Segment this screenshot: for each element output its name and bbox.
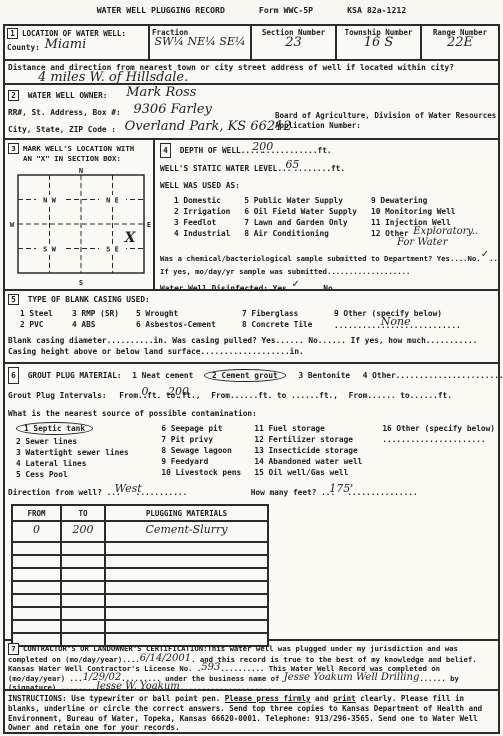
use-option: 8 Air Conditioning: [244, 228, 357, 239]
empty-cell: [61, 594, 105, 607]
casing-option: 8 Concrete Tile: [242, 319, 334, 330]
casing-options: 1 Steel 2 PVC 3 RMP (SR) 4 ABS 5 Wrought…: [20, 308, 495, 331]
grout-title: GROUT PLUG MATERIAL:: [28, 371, 122, 380]
plugging-materials-table: FROM TO PLUGGING MATERIALS 0 200 Cement-…: [11, 504, 269, 647]
contam-option: 2 Sewer lines: [16, 436, 161, 447]
direction-dots: ...........: [136, 488, 188, 497]
disinfected-dots: .... No......: [300, 284, 361, 291]
contam-option: 15 Oil well/Gas well: [254, 467, 382, 478]
contam-option: 8 Sewage lagoon: [161, 445, 254, 456]
fraction-value: SW¼ NE¼ SE¼: [154, 35, 245, 48]
empty-cell: [105, 568, 268, 581]
table-row: [12, 581, 268, 594]
form-body: 1LOCATION OF WATER WELL: County: Miami F…: [3, 24, 500, 734]
section3-title-line1: MARK WELL'S LOCATION WITH: [23, 144, 134, 153]
contam-option: 11 Fuel storage: [254, 423, 382, 434]
form-number: Form WWC-5P: [259, 5, 313, 15]
contam-col1: 1 Septic tank 2 Sewer lines 3 Watertight…: [16, 423, 161, 480]
section-location: 1LOCATION OF WATER WELL: County: Miami F…: [5, 26, 498, 61]
empty-cell: [61, 555, 105, 568]
range-cell: Range Number 22E: [420, 26, 498, 59]
use-option: 5 Public Water Supply: [244, 195, 357, 206]
quadrant-sw-label: S W: [43, 245, 56, 253]
interval2: From......ft. to ......ft.,: [211, 391, 338, 400]
empty-cell: [105, 555, 268, 568]
location-cell: 1LOCATION OF WATER WELL: County: Miami: [5, 26, 148, 59]
depth-line: 4 DEPTH OF WELL.....200............ft.: [160, 143, 498, 158]
interval1-to-value: 200: [168, 385, 189, 398]
disinfected-label: Water Well Disinfected: Yes.: [160, 284, 291, 291]
section3-title: 3MARK WELL'S LOCATION WITH AN "X" IN SEC…: [8, 143, 151, 164]
township-value: 16 S: [364, 35, 394, 50]
interval3: From...... to......ft.: [349, 391, 452, 400]
section-number-box-2: 2: [8, 90, 19, 101]
use-option: 1 Domestic: [174, 195, 230, 206]
section-number-box-7: 7: [8, 643, 19, 655]
table-header-row: FROM TO PLUGGING MATERIALS: [12, 505, 268, 521]
empty-cell: [12, 555, 61, 568]
grout-option-1: 1 Neat cement: [132, 371, 193, 380]
grout-option-3: 3 Bentonite: [298, 371, 350, 380]
contam-col4: 16 Other (specify below) ...............…: [382, 423, 495, 480]
feet-value: 175': [329, 482, 353, 495]
contam-option: 4 Lateral lines: [16, 458, 161, 469]
section-well-details: 4 DEPTH OF WELL.....200............ft. W…: [155, 140, 498, 289]
casing-height-line: Casing height above or below land surfac…: [8, 346, 495, 357]
grout-material-line: 6 GROUT PLUG MATERIAL: 1 Neat cement 2 C…: [8, 367, 495, 384]
compass-s-label: S: [79, 279, 83, 287]
section-certification: 7CONTRACTOR'S OR LANDOWNER'S CERTIFICATI…: [5, 641, 498, 691]
empty-cell: [12, 620, 61, 633]
contam-option: 6 Seepage pit: [161, 423, 254, 434]
section-number-box-5: 5: [8, 294, 19, 305]
sample-no-checkmark: ✓: [481, 249, 489, 260]
table-row: 0 200 Cement-Slurry: [12, 521, 268, 542]
use-option: 4 Industrial: [174, 228, 230, 239]
sample-date-line: If yes, mo/day/yr sample was submitted..…: [160, 265, 498, 278]
section-mark-location: 3MARK WELL'S LOCATION WITH AN "X" IN SEC…: [5, 140, 155, 289]
empty-cell: [61, 581, 105, 594]
casing-option-other: 9 Other (specify below): [334, 308, 495, 319]
casing-option: 2 PVC: [20, 319, 72, 330]
empty-cell: [12, 607, 61, 620]
contam-option: 14 Abandoned water well: [254, 456, 382, 467]
casing-col1: 1 Steel 2 PVC: [20, 308, 72, 331]
instructions-block: INSTRUCTIONS: Use typewriter or ball poi…: [5, 691, 498, 733]
empty-cell: [12, 594, 61, 607]
casing-option: 4 ABS: [72, 319, 136, 330]
section-grid: N S W E N W N E S W S E X: [8, 166, 154, 288]
grout-option-4: 4 Other..........................: [363, 371, 503, 380]
col-header-from: FROM: [12, 505, 61, 521]
depth-value: 200: [252, 140, 273, 153]
board-label: Board of Agriculture, Division of Water …: [275, 111, 496, 120]
contam-col3: 11 Fuel storage 12 Fertilizer storage 13…: [254, 423, 382, 480]
empty-cell: [12, 581, 61, 594]
empty-cell: [105, 581, 268, 594]
section-number-cell: Section Number 23: [250, 26, 335, 59]
other-use-value2: For Water: [397, 237, 447, 248]
cert-text-6: .....................: [180, 683, 272, 691]
contamination-question: What is the nearest source of possible c…: [8, 406, 495, 421]
cert-signature: Jesse W. Yoakum: [96, 681, 180, 691]
disinfected-line: Water Well Disinfected: Yes.✓.... No....…: [160, 282, 498, 291]
casing-col3: 5 Wrought 6 Asbestos-Cement: [136, 308, 242, 331]
col-header-materials: PLUGGING MATERIALS: [105, 505, 268, 521]
static-level-dots: ........ft.: [293, 164, 345, 173]
empty-cell: [61, 607, 105, 620]
empty-cell: [61, 568, 105, 581]
used-as-title: WELL WAS USED AS:: [160, 179, 498, 192]
contam-option: 12 Fertilizer storage: [254, 434, 382, 445]
owner-line: 2 WATER WELL OWNER: Mark Ross: [8, 87, 495, 104]
city-value: Overland Park, KS 66212: [125, 119, 292, 134]
quadrant-ne-label: N E: [106, 196, 119, 204]
casing-other-dots-line: ...........................None: [334, 319, 495, 331]
contam-option: 9 Feedyard: [161, 456, 254, 467]
address-label: RR#, St. Address, Box #:: [8, 108, 121, 117]
casing-col5: 9 Other (specify below) ................…: [334, 308, 495, 331]
casing-col2: 3 RMP (SR) 4 ABS: [72, 308, 136, 331]
form-header: WATER WELL PLUGGING RECORD Form WWC-5P K…: [0, 0, 503, 15]
instructions-text-1: INSTRUCTIONS: Use typewriter or ball poi…: [8, 694, 225, 703]
interval1-from-value: 0: [141, 385, 148, 398]
use-option: 3 Feedlot: [174, 217, 230, 228]
contam-option: 5 Cess Pool: [16, 469, 161, 480]
contam-option-circled: 1 Septic tank: [16, 423, 161, 434]
to-cell: 200: [61, 521, 105, 542]
cert-business-name: Jesse Yoakum Well Drilling: [284, 672, 420, 683]
used-as-col1: 1 Domestic 2 Irrigation 3 Feedlot 4 Indu…: [174, 195, 230, 250]
application-number-label: Application Number:: [275, 121, 361, 130]
section-number-box-4: 4: [160, 143, 171, 158]
direction-value: West: [115, 482, 142, 495]
county-value: Miami: [45, 37, 87, 52]
township-cell: Township Number 16 S: [335, 26, 420, 59]
owner-label: WATER WELL OWNER:: [28, 91, 108, 100]
use-option: 2 Irrigation: [174, 206, 230, 217]
board-block: Board of Agriculture, Division of Water …: [275, 111, 496, 131]
empty-cell: [105, 594, 268, 607]
section-number-value: 23: [285, 35, 302, 50]
empty-cell: [61, 542, 105, 555]
statute-reference: KSA 82a-1212: [347, 5, 406, 15]
distance-row: Distance and direction from nearest town…: [5, 61, 498, 85]
use-option: 9 Dewatering: [371, 195, 478, 206]
casing-title-line: 5 TYPE OF BLANK CASING USED:: [8, 294, 495, 305]
instructions-text-2: and: [311, 694, 334, 703]
owner-name-value: Mark Ross: [126, 85, 196, 100]
compass-e-label: E: [147, 221, 151, 229]
disinfected-yes-checkmark: ✓: [291, 279, 299, 290]
city-label: City, State, ZIP Code :: [8, 125, 116, 134]
empty-cell: [61, 620, 105, 633]
material-cell: Cement-Slurry: [105, 521, 268, 542]
from-value: 0: [33, 523, 40, 536]
casing-title: TYPE OF BLANK CASING USED:: [28, 295, 150, 304]
from-cell: 0: [12, 521, 61, 542]
compass-n-label: N: [79, 167, 83, 175]
casing-other-value: None: [381, 315, 411, 328]
contam-option: 3 Watertight sewer lines: [16, 447, 161, 458]
sample-dots: ...: [489, 254, 498, 263]
empty-cell: [12, 542, 61, 555]
col-header-to: TO: [61, 505, 105, 521]
other-use-value-line2: For Water: [397, 239, 478, 250]
static-level-value: 65: [285, 158, 299, 171]
instructions-underline-1: Please press firmly: [225, 694, 311, 703]
other-use-value: Exploratory..: [413, 226, 478, 237]
contam-col2: 6 Seepage pit 7 Pit privy 8 Sewage lagoo…: [161, 423, 254, 480]
section-number-box-6: 6: [8, 367, 19, 384]
to-value: 200: [73, 523, 94, 536]
distance-value: 4 miles W. of Hillsdale.: [38, 70, 188, 85]
casing-option: 1 Steel: [20, 308, 72, 319]
instructions-underline-2: print: [333, 694, 356, 703]
county-label: County:: [7, 43, 40, 52]
section-number-box-1: 1: [7, 28, 18, 39]
direction-line: Direction from well? ...West........... …: [8, 485, 495, 498]
casing-diameter-line: Blank casing diameter..........in. Was c…: [8, 335, 495, 346]
casing-col4: 7 Fiberglass 8 Concrete Tile: [242, 308, 334, 331]
fraction-cell: Fraction SW¼ NE¼ SE¼: [148, 26, 250, 59]
table-row: [12, 594, 268, 607]
cert-license-number: 593: [201, 662, 220, 673]
contamination-columns: 1 Septic tank 2 Sewer lines 3 Watertight…: [16, 423, 495, 480]
table-row: [12, 555, 268, 568]
casing-option: 7 Fiberglass: [242, 308, 334, 319]
static-level-line: WELL'S STATIC WATER LEVEL...65........ft…: [160, 161, 498, 175]
casing-option: 3 RMP (SR): [72, 308, 136, 319]
section-number-box-3: 3: [8, 143, 19, 154]
cert-plugged-date: 6/14/2001: [140, 653, 191, 664]
static-level-label: WELL'S STATIC WATER LEVEL...: [160, 164, 291, 173]
well-location-x-mark: X: [124, 230, 137, 246]
grout-intervals-line: Grout Plug Intervals: From..0.ft. to.200…: [8, 387, 495, 403]
table-row: [12, 568, 268, 581]
used-as-col3: 9 Dewatering 10 Monitoring Well 11 Injec…: [371, 195, 478, 250]
range-value: 22E: [447, 35, 473, 50]
sample-question: Was a chemical/bacteriological sample su…: [160, 254, 481, 263]
contam-option: 7 Pit privy: [161, 434, 254, 445]
sample-question-line: Was a chemical/bacteriological sample su…: [160, 252, 498, 265]
feet-dots: ...............: [347, 488, 417, 497]
table-row: [12, 542, 268, 555]
feet-label: How many feet? ...: [251, 488, 336, 497]
casing-option: 5 Wrought: [136, 308, 242, 319]
address-value: 9306 Farley: [133, 102, 212, 117]
casing-option: 6 Asbestos-Cement: [136, 319, 242, 330]
direction-label: Direction from well? ...: [8, 488, 121, 497]
empty-cell: [105, 607, 268, 620]
contam-septic-tank: 1 Septic tank: [16, 422, 93, 435]
compass-w-label: W: [10, 221, 15, 229]
grout-option-2-circled: 2 Cement grout: [204, 369, 286, 382]
used-as-columns: 1 Domestic 2 Irrigation 3 Feedlot 4 Indu…: [174, 195, 498, 250]
contam-option-other: 16 Other (specify below): [382, 423, 495, 434]
empty-cell: [105, 620, 268, 633]
empty-cell: [105, 542, 268, 555]
intervals-label: Grout Plug Intervals:: [8, 391, 107, 400]
contam-other-dots: ......................: [382, 434, 495, 445]
material-value: Cement-Slurry: [146, 523, 228, 536]
quadrant-nw-label: N W: [43, 196, 56, 204]
section-owner: 2 WATER WELL OWNER: Mark Ross RR#, St. A…: [5, 85, 498, 140]
scanned-form-page: WATER WELL PLUGGING RECORD Form WWC-5P K…: [0, 0, 503, 736]
use-option: 7 Lawn and Garden Only: [244, 217, 357, 228]
form-title: WATER WELL PLUGGING RECORD: [97, 5, 225, 15]
table-row: [12, 620, 268, 633]
quadrant-se-label: S E: [106, 245, 119, 253]
contam-option: 13 Insecticide storage: [254, 445, 382, 456]
section-blank-casing: 5 TYPE OF BLANK CASING USED: 1 Steel 2 P…: [5, 291, 498, 364]
section-location-grid-and-well: 3MARK WELL'S LOCATION WITH AN "X" IN SEC…: [5, 140, 498, 291]
section-grout-plug: 6 GROUT PLUG MATERIAL: 1 Neat cement 2 C…: [5, 364, 498, 641]
use-option: 10 Monitoring Well: [371, 206, 478, 217]
section3-title-line2: AN "X" IN SECTION BOX:: [23, 154, 121, 163]
contam-option: 10 Livestock pens: [161, 467, 254, 478]
table-row: [12, 607, 268, 620]
used-as-col2: 5 Public Water Supply 6 Oil Field Water …: [244, 195, 357, 250]
use-option: 6 Oil Field Water Supply: [244, 206, 357, 217]
empty-cell: [12, 568, 61, 581]
